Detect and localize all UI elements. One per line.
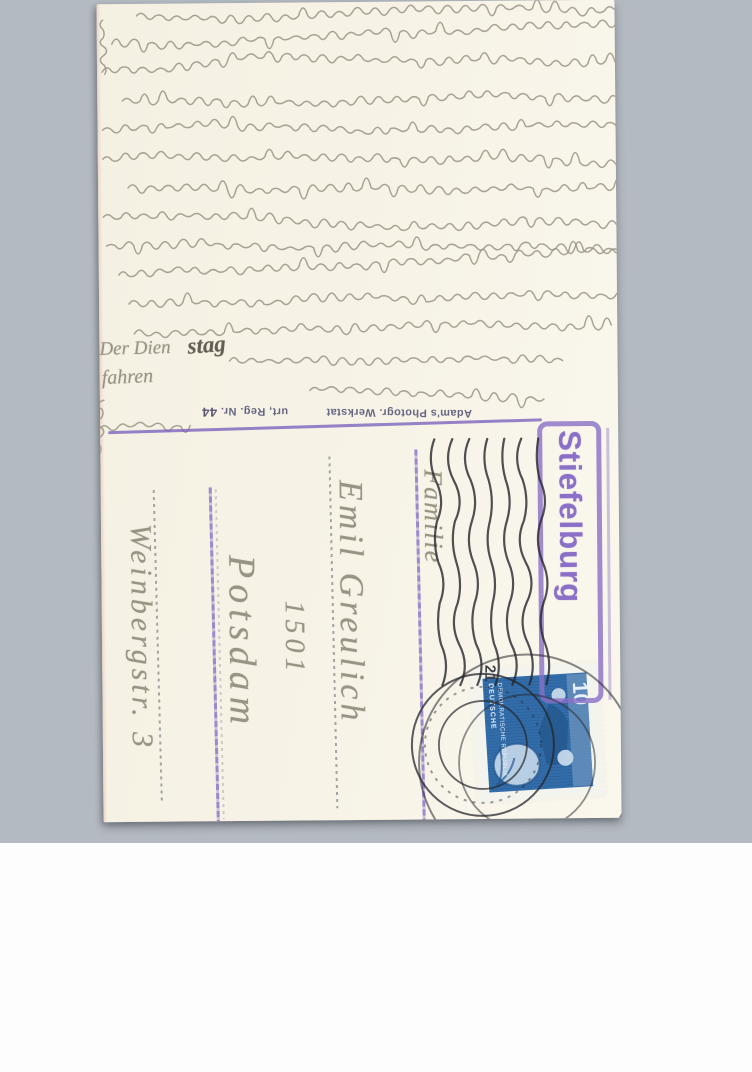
address-recipient-prefix: Familie	[418, 469, 449, 564]
publisher-imprint: Adam's Photogr. Werkstaturt, Reg. Nr. 44	[126, 399, 472, 422]
stiefelburg-cachet-label: Stiefelburg	[551, 430, 589, 603]
message-annotation-word-bold: stag	[186, 331, 226, 360]
address-street: Weinbergstr. 3	[123, 524, 159, 751]
publisher-imprint-text: Adam's Photogr. Werkstat	[326, 406, 472, 419]
address-postal-code: 1501	[278, 600, 311, 676]
publisher-registration-number: 44	[202, 405, 217, 420]
stiefelburg-cachet-box: Stiefelburg	[537, 421, 603, 704]
scanned-photo-background: DEUTSCHEDEMOKRATISCHE REPUBLIK10 Adam's …	[0, 0, 752, 843]
address-recipient-name: Emil Greulich	[331, 480, 371, 725]
publisher-imprint-text2: urt, Reg. Nr.	[220, 405, 288, 418]
page-margin-below-photo	[0, 843, 752, 1072]
message-annotation-word: Der Dien	[99, 337, 171, 361]
stiefelburg-cachet-edge-echo	[606, 428, 611, 700]
postcard: DEUTSCHEDEMOKRATISCHE REPUBLIK10 Adam's …	[96, 0, 621, 822]
postcard-printed-elements: Adam's Photogr. Werkstaturt, Reg. Nr. 44…	[96, 0, 621, 822]
message-annotation-word: fahren	[101, 365, 153, 390]
address-city: Potsdam	[219, 555, 265, 730]
